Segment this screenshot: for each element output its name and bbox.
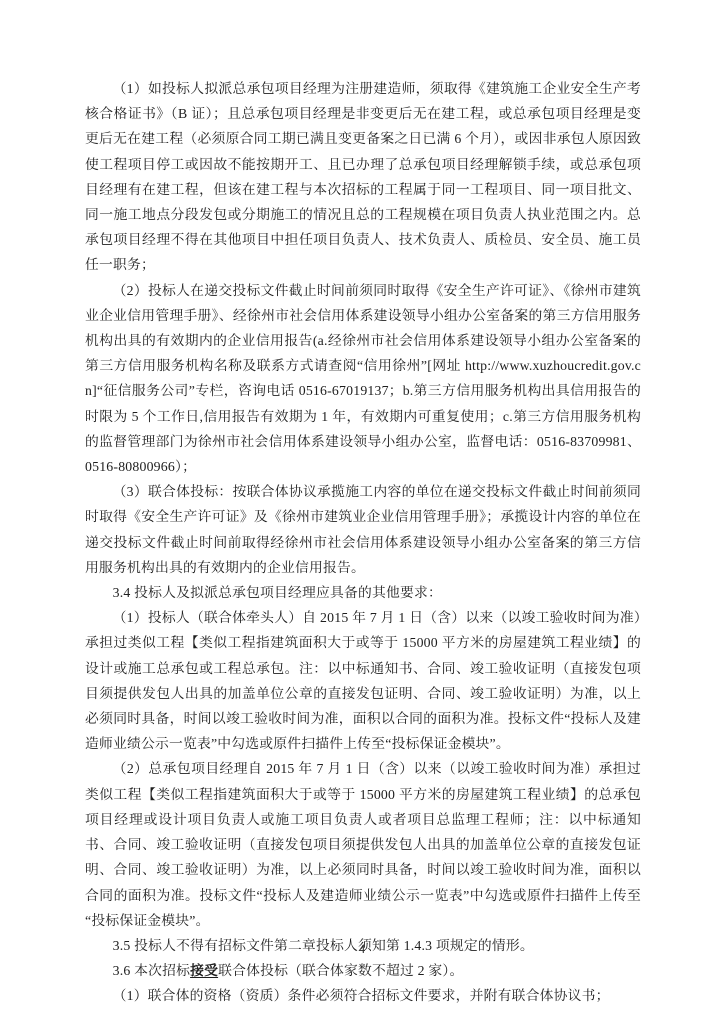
paragraph-3-6-1: （1）联合体的资格（资质）条件必须符合招标文件要求，并附有联合体协议书；	[85, 983, 641, 1008]
paragraph-3-4-1: （1）投标人（联合体牵头人）自 2015 年 7 月 1 日（含）以来（以竣工验…	[85, 605, 641, 756]
document-page: （1）如投标人拟派总承包项目经理为注册建造师，须取得《建筑施工企业安全生产考核合…	[0, 0, 724, 1024]
clause-3-4-heading: 3.4 投标人及拟派总承包项目经理应具备的其他要求：	[85, 580, 641, 605]
paragraph-1-3: （3）联合体投标：按联合体协议承揽施工内容的单位在递交投标文件截止时间前须同时取…	[85, 479, 641, 580]
document-body: （1）如投标人拟派总承包项目经理为注册建造师，须取得《建筑施工企业安全生产考核合…	[85, 76, 641, 1009]
paragraph-1-1: （1）如投标人拟派总承包项目经理为注册建造师，须取得《建筑施工企业安全生产考核合…	[85, 76, 641, 278]
clause-3-6-post: 联合体投标（联合体家数不超过 2 家）。	[218, 963, 463, 978]
clause-3-6: 3.6 本次招标接受联合体投标（联合体家数不超过 2 家）。	[85, 958, 641, 983]
page-number: 4	[0, 942, 724, 957]
paragraph-1-2: （2）投标人在递交投标文件截止时间前须同时取得《安全生产许可证》、《徐州市建筑业…	[85, 278, 641, 480]
paragraph-3-4-2: （2）总承包项目经理自 2015 年 7 月 1 日（含）以来（以竣工验收时间为…	[85, 756, 641, 932]
clause-3-6-pre: 3.6 本次招标	[113, 963, 190, 978]
clause-3-6-emphasis: 接受	[190, 963, 218, 978]
